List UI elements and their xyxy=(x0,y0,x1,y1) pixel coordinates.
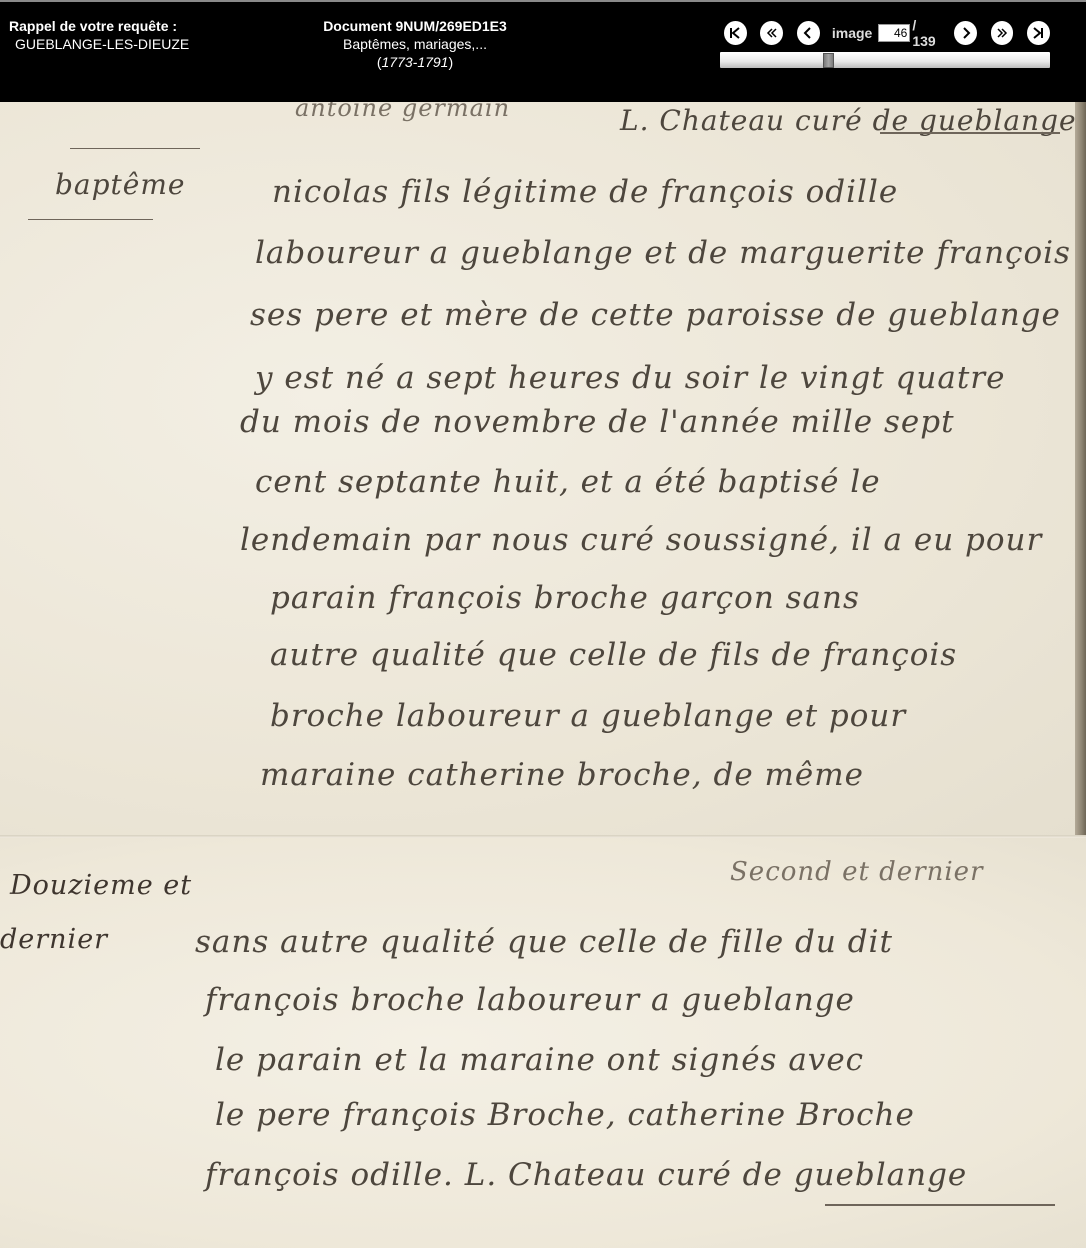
page-edge xyxy=(1075,102,1086,837)
closing-signature-underline xyxy=(825,1204,1055,1206)
next-block-button[interactable] xyxy=(991,21,1014,45)
document-image-viewer[interactable]: antoine germain L. Chateau curé de guebl… xyxy=(0,102,1086,1248)
margin-note-bapteme: baptême xyxy=(55,168,185,201)
viewer-header: Rappel de votre requête : GUEBLANGE-LES-… xyxy=(0,2,1086,102)
margin-rule-top xyxy=(70,148,200,149)
entry-line-9: autre qualité que celle de fils de franç… xyxy=(270,637,957,673)
chevron-right-icon xyxy=(959,26,973,40)
document-info: Document 9NUM/269ED1E3 Baptêmes, mariage… xyxy=(280,17,550,71)
image-slider[interactable] xyxy=(720,52,1050,68)
image-label: image xyxy=(832,25,872,41)
document-dates: 1773-1791 xyxy=(382,54,449,70)
current-image-input[interactable] xyxy=(878,24,910,42)
header-note-second: Second et dernier xyxy=(730,857,984,887)
document-subtitle: Baptêmes, mariages,... xyxy=(280,35,550,53)
page-seam xyxy=(0,835,1086,838)
previous-image-button[interactable] xyxy=(797,21,820,45)
entry-line-2: laboureur a gueblange et de marguerite f… xyxy=(255,235,1071,271)
entry-line-10: broche laboureur a gueblange et pour xyxy=(270,698,906,734)
entry-line-3: ses pere et mère de cette paroisse de gu… xyxy=(250,297,1061,333)
query-label: Rappel de votre requête : xyxy=(9,17,189,35)
entry-line-12: sans autre qualité que celle de fille du… xyxy=(195,924,893,960)
first-image-button[interactable] xyxy=(724,21,747,45)
entry-line-6: cent septante huit, et a été baptisé le xyxy=(255,464,881,500)
entry-line-7: lendemain par nous curé soussigné, il a … xyxy=(240,522,1042,558)
double-chevron-right-icon xyxy=(995,26,1009,40)
entry-line-5: du mois de novembre de l'année mille sep… xyxy=(240,404,955,440)
signature-underline xyxy=(880,132,1060,134)
entry-line-8: parain françois broche garçon sans xyxy=(270,580,860,616)
entry-line-16: françois odille. L. Chateau curé de gueb… xyxy=(205,1157,967,1193)
document-title: Document 9NUM/269ED1E3 xyxy=(280,17,550,35)
query-reminder: Rappel de votre requête : GUEBLANGE-LES-… xyxy=(9,17,189,53)
query-value: GUEBLANGE-LES-DIEUZE xyxy=(9,35,189,53)
top-signature-left: antoine germain xyxy=(295,102,510,122)
entry-line-14: le parain et la maraine ont signés avec xyxy=(215,1042,864,1078)
total-images: / 139 xyxy=(912,17,942,49)
double-chevron-left-icon xyxy=(765,26,779,40)
last-image-button[interactable] xyxy=(1027,21,1050,45)
margin-rule-bottom xyxy=(28,219,153,220)
entry-line-15: le pere françois Broche, catherine Broch… xyxy=(215,1097,915,1133)
paren-close: ) xyxy=(448,54,453,70)
first-page-icon xyxy=(728,26,742,40)
chevron-left-icon xyxy=(801,26,815,40)
image-navigation: image / 139 xyxy=(720,20,1050,46)
entry-line-4: y est né a sept heures du soir le vingt … xyxy=(255,360,1005,396)
last-page-icon xyxy=(1031,26,1045,40)
margin-note-dernier: dernier xyxy=(0,924,108,955)
previous-block-button[interactable] xyxy=(760,21,783,45)
entry-line-13: françois broche laboureur a gueblange xyxy=(205,982,855,1018)
margin-note-douzieme: Douzieme et xyxy=(10,870,192,901)
entry-line-11: maraine catherine broche, de même xyxy=(260,757,864,793)
document-dates-line: (1773-1791) xyxy=(280,53,550,71)
entry-line-1: nicolas fils légitime de françois odille xyxy=(272,174,898,210)
next-image-button[interactable] xyxy=(954,21,977,45)
image-slider-thumb[interactable] xyxy=(823,53,834,68)
